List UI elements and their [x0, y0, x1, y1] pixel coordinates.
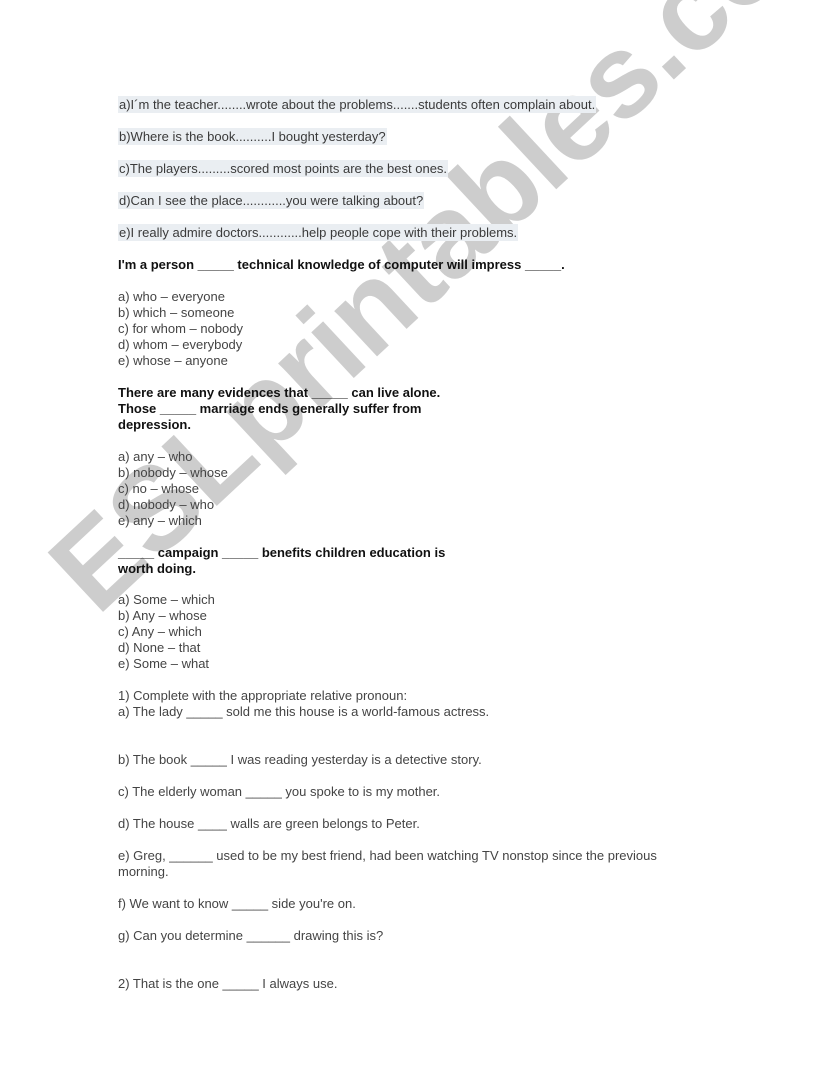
exercise-2-item: 2) That is the one _____ I always use. — [118, 976, 337, 992]
question-3-option: d) None – that — [118, 640, 200, 656]
exercise-1-item: d) The house ____ walls are green belong… — [118, 816, 420, 832]
exercise-1-item: f) We want to know _____ side you're on. — [118, 896, 356, 912]
question-2-option: c) no – whose — [118, 481, 199, 497]
exercise-1-item: c) The elderly woman _____ you spoke to … — [118, 784, 440, 800]
question-1-prompt: I'm a person _____ technical knowledge o… — [118, 257, 565, 273]
worksheet-page: ESLprintables.com a)I´m the teacher.....… — [0, 0, 838, 1086]
question-1-option: e) whose – anyone — [118, 353, 228, 369]
section-a-item: a)I´m the teacher........wrote about the… — [118, 96, 596, 113]
question-3-option: b) Any – whose — [118, 608, 207, 624]
question-2-option: e) any – which — [118, 513, 202, 529]
section-a-item: b)Where is the book..........I bought ye… — [118, 128, 387, 145]
section-a-item: e)I really admire doctors............hel… — [118, 224, 518, 241]
question-2-prompt: There are many evidences that _____ can … — [118, 385, 440, 401]
question-1-option: d) whom – everybody — [118, 337, 242, 353]
question-3-prompt: _____ campaign _____ benefits children e… — [118, 545, 445, 561]
question-1-option: b) which – someone — [118, 305, 234, 321]
section-a-item: c)The players.........scored most points… — [118, 160, 448, 177]
question-3-option: e) Some – what — [118, 656, 209, 672]
question-2-prompt: depression. — [118, 417, 191, 433]
question-2-option: a) any – who — [118, 449, 192, 465]
question-2-prompt: Those _____ marriage ends generally suff… — [118, 401, 421, 417]
exercise-1-item: a) The lady _____ sold me this house is … — [118, 704, 489, 720]
section-a-item: d)Can I see the place............you wer… — [118, 192, 424, 209]
exercise-1-item: b) The book _____ I was reading yesterda… — [118, 752, 482, 768]
question-3-prompt: worth doing. — [118, 561, 196, 577]
exercise-1-item: e) Greg, ______ used to be my best frien… — [118, 848, 657, 864]
question-2-option: d) nobody – who — [118, 497, 214, 513]
exercise-1-title: 1) Complete with the appropriate relativ… — [118, 688, 407, 704]
question-3-option: a) Some – which — [118, 592, 215, 608]
question-3-option: c) Any – which — [118, 624, 202, 640]
exercise-1-item: g) Can you determine ______ drawing this… — [118, 928, 383, 944]
question-1-option: a) who – everyone — [118, 289, 225, 305]
question-1-option: c) for whom – nobody — [118, 321, 243, 337]
exercise-1-item: morning. — [118, 864, 169, 880]
question-2-option: b) nobody – whose — [118, 465, 228, 481]
